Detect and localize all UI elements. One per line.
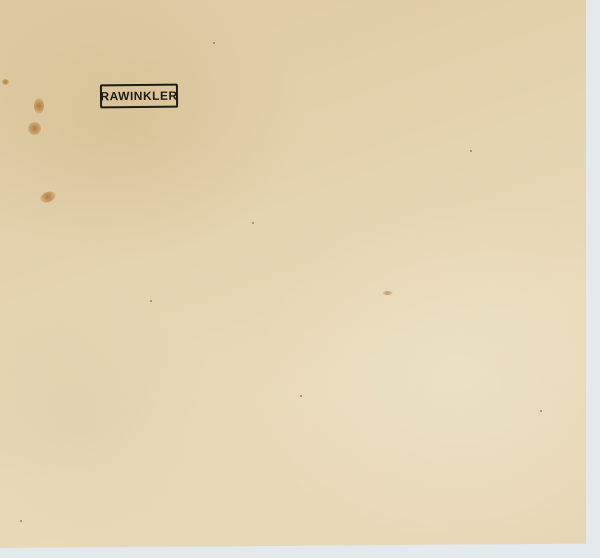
paper-speck [213, 42, 215, 44]
paper-speck [20, 520, 22, 522]
aged-paper-sheet: RAWINKLER [0, 0, 586, 548]
paper-speck [150, 300, 152, 302]
paper-speck [252, 222, 254, 224]
foxing-stain [382, 291, 393, 295]
foxing-stain [2, 79, 9, 85]
stamp-text: RAWINKLER [100, 89, 177, 104]
foxing-stain [28, 122, 41, 135]
paper-speck [540, 410, 542, 412]
foxing-stain [34, 98, 44, 114]
paper-speck [470, 150, 472, 152]
paper-speck [300, 395, 302, 397]
foxing-stain [39, 190, 57, 205]
collector-stamp: RAWINKLER [100, 84, 178, 109]
